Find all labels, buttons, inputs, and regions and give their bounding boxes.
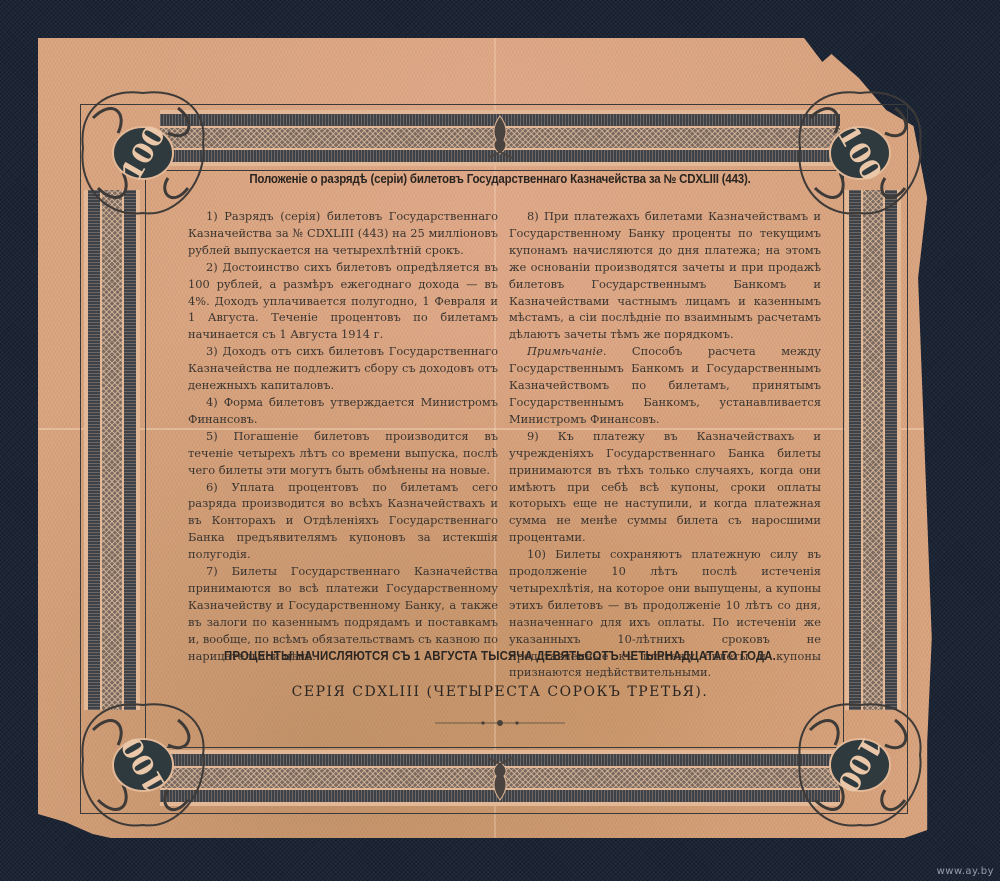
divider-ornament-icon (425, 718, 575, 728)
series-statement: СЕРІЯ CDXLIII (ЧЕТЫРЕСТА СОРОКЪ ТРЕТЬЯ). (150, 684, 850, 700)
clause-5: 5) Погашеніе билетовъ производится въ те… (188, 428, 498, 479)
interest-start-statement: ПРОЦЕНТЫ НАЧИСЛЯЮТСЯ СЪ 1 АВГУСТА ТЫСЯЧА… (192, 648, 808, 663)
scroll-ornament-icon: 100 (68, 78, 218, 228)
clause-8: 8) При платежахъ билетами Казначействамъ… (509, 208, 821, 343)
corner-medallion-bottom-right: 100 (785, 690, 935, 840)
clause-2: 2) Достоинство сихъ билетовъ опредѣляетс… (188, 259, 498, 344)
clause-6: 6) Уплата процентовъ по билетамъ сего ра… (188, 479, 498, 564)
terms-column-left: 1) Разрядъ (серія) билетовъ Государствен… (188, 208, 498, 664)
fleur-ornament-icon (480, 110, 520, 166)
clause-4: 4) Форма билетовъ утверждается Министром… (188, 394, 498, 428)
clause-note: Примѣчаніе. Способъ расчета между Госуда… (509, 343, 821, 428)
clause-9: 9) Къ платежу въ Казначействахъ и учрежд… (509, 428, 821, 546)
site-watermark: www.ay.by (937, 866, 994, 877)
scroll-ornament-icon: 100 (785, 78, 935, 228)
corner-medallion-top-right: 100 (785, 78, 935, 228)
corner-medallion-bottom-left: 100 (68, 690, 218, 840)
fleur-ornament-icon (480, 750, 520, 806)
terms-column-right: 8) При платежахъ билетами Казначействамъ… (509, 208, 821, 681)
border-left (84, 190, 140, 710)
border-right (845, 190, 901, 710)
corner-medallion-top-left: 100 (68, 78, 218, 228)
scroll-ornament-icon: 100 (785, 690, 935, 840)
note-label: Примѣчаніе. (527, 344, 606, 358)
clause-3: 3) Доходъ отъ сихъ билетовъ Государствен… (188, 343, 498, 394)
scroll-ornament-icon: 100 (68, 690, 218, 840)
document-title: Положеніе о разрядѣ (серіи) билетовъ Гос… (224, 172, 776, 186)
clause-1: 1) Разрядъ (серія) билетовъ Государствен… (188, 208, 498, 259)
